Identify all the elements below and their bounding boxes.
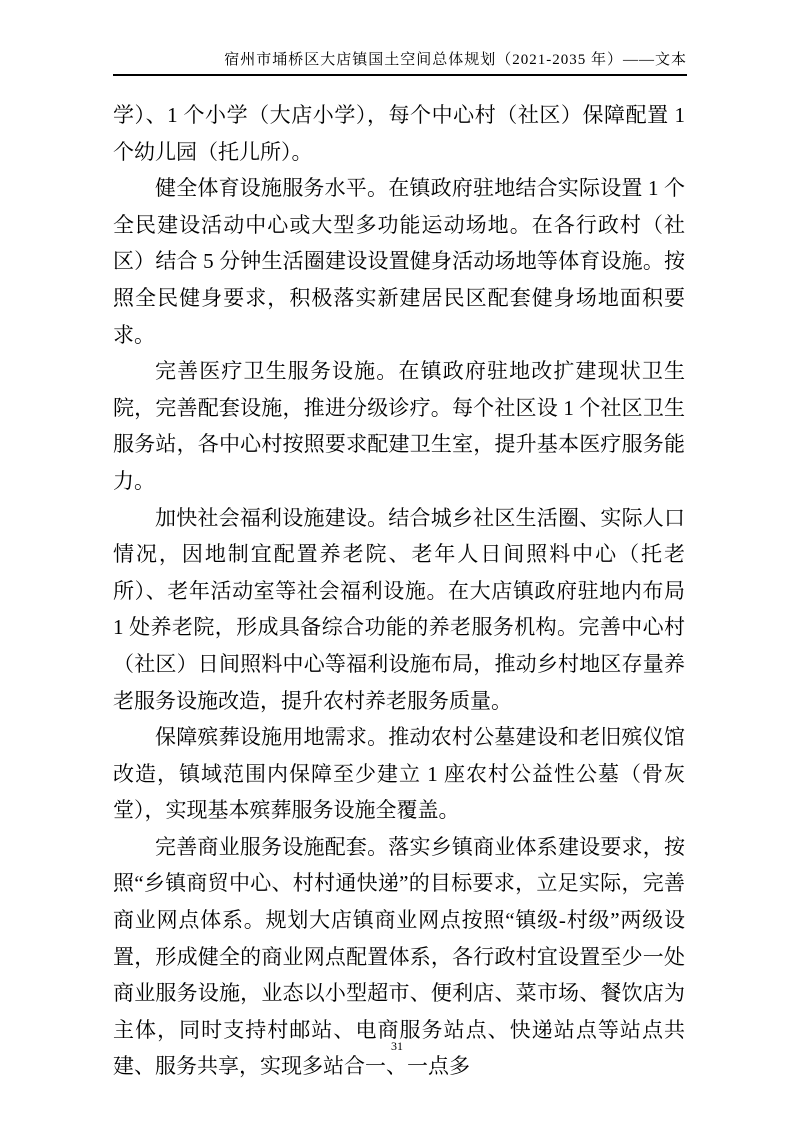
header-title: 宿州市埇桥区大店镇国土空间总体规划（2021-2035 年）——文本 bbox=[224, 52, 687, 68]
page-header: 宿州市埇桥区大店镇国土空间总体规划（2021-2035 年）——文本 bbox=[113, 50, 687, 76]
paragraph-welfare-facilities: 加快社会福利设施建设。结合城乡社区生活圈、实际人口情况，因地制宜配置养老院、老年… bbox=[113, 500, 685, 720]
paragraph-continuation: 学）、1 个小学（大店小学），每个中心村（社区）保障配置 1 个幼儿园（托儿所）… bbox=[113, 97, 685, 170]
document-page: 宿州市埇桥区大店镇国土空间总体规划（2021-2035 年）——文本 学）、1 … bbox=[0, 0, 794, 1123]
paragraph-sports-facilities: 健全体育设施服务水平。在镇政府驻地结合实际设置 1 个全民建设活动中心或大型多功… bbox=[113, 170, 685, 353]
paragraph-medical-facilities: 完善医疗卫生服务设施。在镇政府驻地改扩建现状卫生院，完善配套设施，推进分级诊疗。… bbox=[113, 353, 685, 499]
paragraph-funeral-facilities: 保障殡葬设施用地需求。推动农村公墓建设和老旧殡仪馆改造，镇域范围内保障至少建立 … bbox=[113, 719, 685, 829]
document-body: 学）、1 个小学（大店小学），每个中心村（社区）保障配置 1 个幼儿园（托儿所）… bbox=[113, 97, 685, 1085]
page-number: 31 bbox=[391, 1039, 403, 1053]
page-footer: 31 bbox=[0, 1038, 794, 1054]
